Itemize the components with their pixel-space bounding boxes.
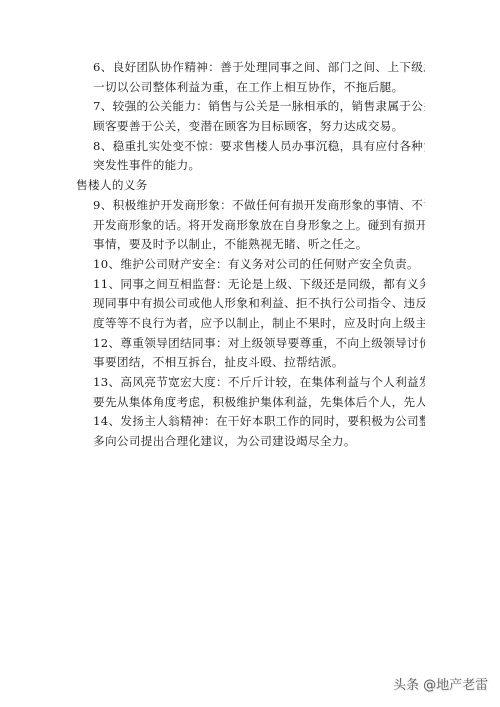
item-6-line-2: 一切以公司整体利益为重，在工作上相互协作，不拖后腿。 [93, 78, 425, 98]
item-6-line-1: 6、良好团队协作精神：善于处理同事之间、部门之间、上下级之间的关系， [93, 58, 425, 78]
document-page: 6、良好团队协作精神：善于处理同事之间、部门之间、上下级之间的关系， 一切以公司… [0, 0, 500, 707]
item-11-line-3: 度等等不良行为者，应予以制止，制止不果时，应及时向上级主管汇报。 [93, 314, 425, 334]
item-12-line-1: 12、尊重领导团结同事：对上级领导要尊重，不向上级领导讨价还价，对同 [93, 334, 425, 354]
item-10-line-1: 10、维护公司财产安全：有义务对公司的任何财产安全负责。 [93, 255, 425, 275]
item-7-line-1: 7、较强的公关能力：销售与公关是一脉相承的，销售隶属于公关范畴，对 [93, 97, 425, 117]
item-13-line-1: 13、高风亮节宽宏大度：不斤斤计较，在集体利益与个人利益发生冲突时， [93, 373, 425, 393]
item-13-line-2: 要先从集体角度考虑，积极维护集体利益，先集体后个人，先人后己。 [93, 393, 425, 413]
document-body: 6、良好团队协作精神：善于处理同事之间、部门之间、上下级之间的关系， 一切以公司… [93, 58, 425, 452]
item-7-line-2: 顾客要善于公关，变潜在顾客为目标顾客，努力达成交易。 [93, 117, 425, 137]
item-8-line-1: 8、稳重扎实处变不惊：要求售楼人员办事沉稳，具有应付各种复杂事情和 [93, 137, 425, 157]
item-14-line-2: 多向公司提出合理化建议，为公司建设竭尽全力。 [93, 432, 425, 452]
item-9-line-2: 开发商形象的话。将开发商形象放在自身形象之上。碰到有损开发商形象的 [93, 216, 425, 236]
section-heading-duties: 售楼人的义务 [76, 176, 425, 196]
item-9-line-1: 9、积极维护开发商形象：不做任何有损开发商形象的事情、不说任何有损 [93, 196, 425, 216]
item-14-line-1: 14、发扬主人翁精神：在干好本职工作的同时，要积极为公司整体发展着想， [93, 412, 425, 432]
item-11-line-1: 11、同事之间互相监督：无论是上级、下级还是同级，都有义务监督权，发 [93, 275, 425, 295]
item-8-line-2: 突发性事件的能力。 [93, 156, 425, 176]
item-9-line-3: 事情，要及时予以制止，不能熟视无睹、听之任之。 [93, 235, 425, 255]
item-12-line-2: 事要团结，不相互拆台，扯皮斗殴、拉帮结派。 [93, 353, 425, 373]
item-11-line-2: 现同事中有损公司或他人形象和利益、拒不执行公司指令、违反公司规章制 [93, 294, 425, 314]
source-watermark: 头条 @地产老雷 [393, 674, 488, 693]
